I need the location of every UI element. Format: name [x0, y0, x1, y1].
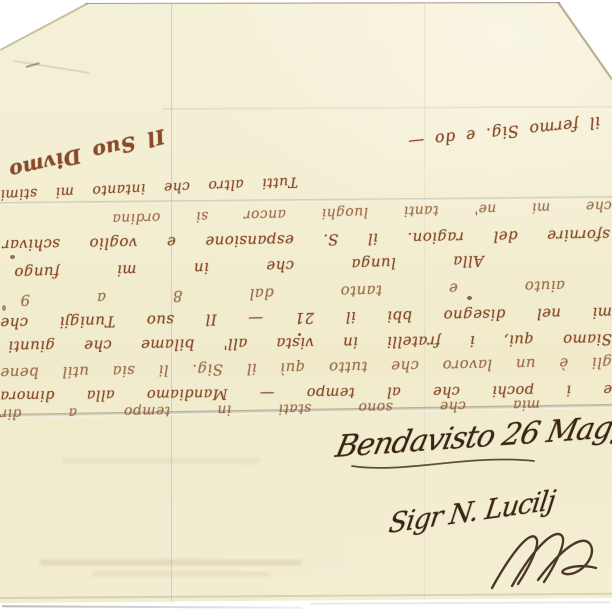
handwriting-line: Tutti altro che intanto mi stimi — [0, 175, 298, 202]
scan-shadow — [310, 601, 610, 605]
pen-swash — [348, 450, 538, 476]
crease-line — [162, 106, 612, 110]
letter-sheet-paper: il fermo Sig. e do — Il Suo Divmo Tutti … — [0, 0, 612, 614]
handwriting-line: Il Suo Divmo — [4, 126, 170, 183]
scan-shadow — [2, 605, 302, 609]
ink-showthrough — [40, 560, 302, 565]
paper-cut-corner-top-right — [557, 2, 612, 80]
handwriting-line: Alla lunga che in mi fungo — [14, 253, 484, 280]
ink-showthrough — [92, 572, 270, 576]
handwriting-line: mi nel disegno bbi il 21 — Il suo Tunigj… — [0, 305, 612, 331]
handwriting-line: aiuto e tanto dal 8 a 9 — [20, 278, 565, 307]
ink-speck — [10, 255, 15, 259]
paper-cut-corner-top-left — [0, 3, 88, 51]
handwriting-line: Siamo qui, i fratelli in vista all' bila… — [8, 331, 612, 353]
letter-scan: il fermo Sig. e do — Il Suo Divmo Tutti … — [0, 0, 612, 614]
handwriting-line: il fermo Sig. e do — — [398, 113, 611, 151]
ink-speck — [298, 333, 301, 336]
paper-top-edge — [84, 1, 562, 4]
signature-flourish — [478, 524, 612, 596]
handwriting-line: gli è un lavoro che tutto quì il Sig. li… — [0, 355, 612, 381]
ink-showthrough — [62, 458, 260, 463]
ink-speck — [2, 305, 6, 311]
ink-speck — [467, 296, 472, 300]
handwriting-line: sfornire del ragion. il S. espansione e … — [2, 227, 610, 253]
